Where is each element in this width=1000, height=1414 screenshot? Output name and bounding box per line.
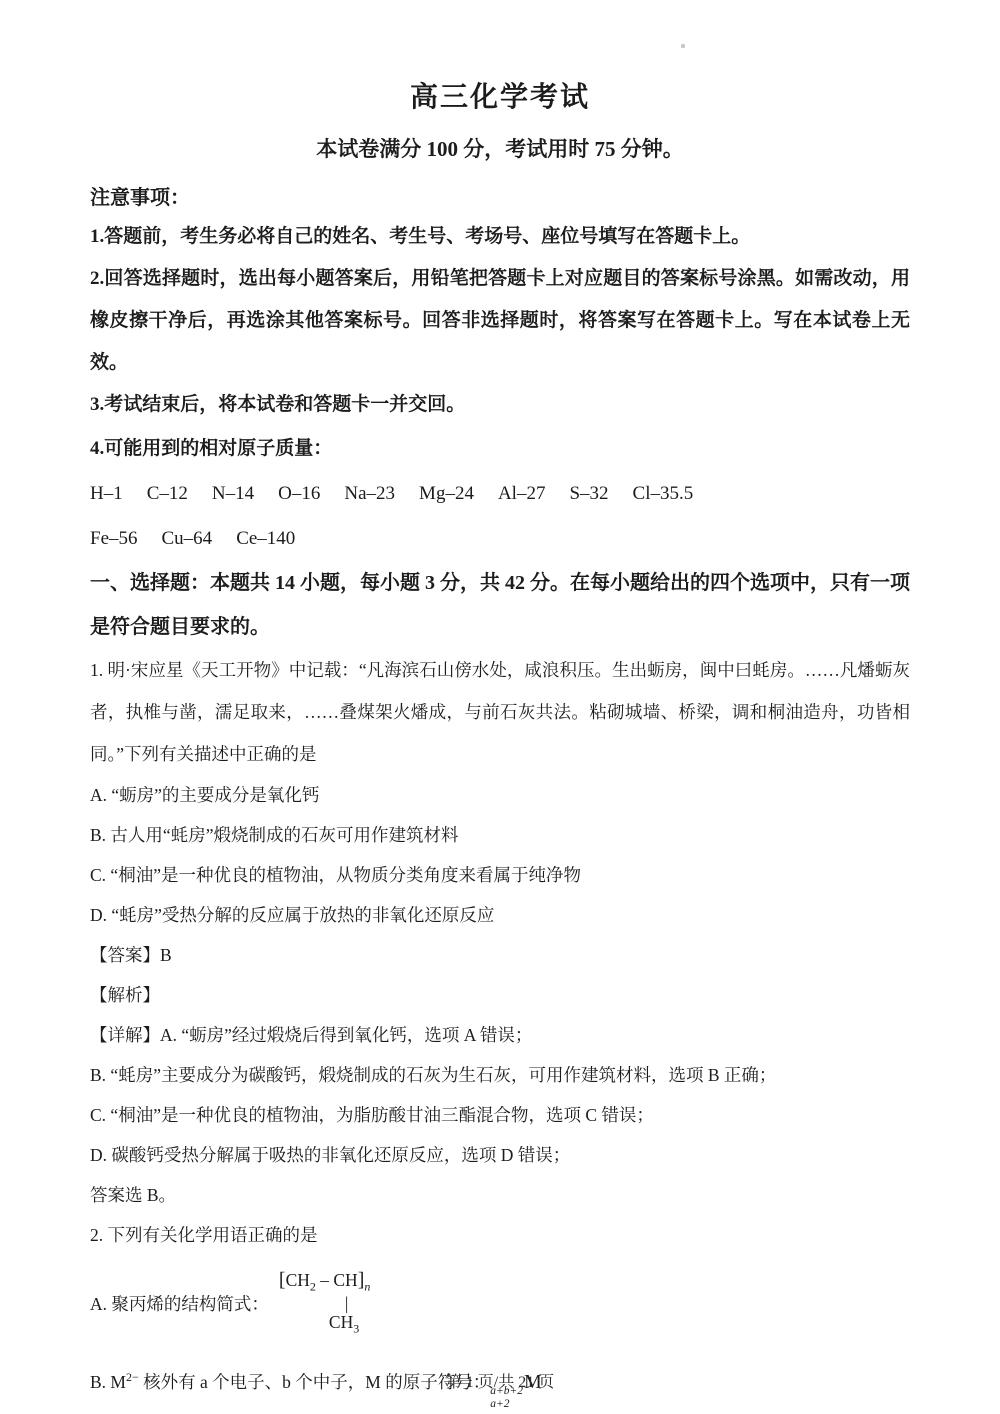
- atomic-mass-c: C–12: [147, 483, 188, 504]
- polymer-sub-n: n: [364, 1280, 370, 1294]
- polymer-open-bracket: [: [279, 1269, 286, 1291]
- atomic-mass-cu: Cu–64: [162, 528, 213, 549]
- question-1-detail-a: 【详解】A. “蛎房”经过煅烧后得到氧化钙，选项 A 错误；: [90, 1015, 910, 1055]
- atomic-mass-fe: Fe–56: [90, 528, 138, 549]
- exam-page: 高三化学考试 本试卷满分 100 分，考试用时 75 分钟。 注意事项： 1.答…: [0, 0, 1000, 1414]
- scan-artifact-dot: [681, 44, 685, 48]
- polymer-ch: CH: [333, 1270, 357, 1290]
- atomic-mass-s: S–32: [569, 483, 608, 504]
- notice-heading: 注意事项：: [90, 180, 910, 216]
- atomic-mass-o: O–16: [278, 483, 320, 504]
- question-1-detail-b: B. “蚝房”主要成分为碳酸钙，煅烧制成的石灰为生石灰，可用作建筑材料，选项 B…: [90, 1055, 910, 1095]
- atomic-mass-mg: Mg–24: [419, 483, 474, 504]
- question-1-stem: 1. 明·宋应星《天工开物》中记载：“凡海滨石山傍水处，咸浪积压。生出蛎房，闽中…: [90, 649, 910, 775]
- polymer-ch3: CH: [329, 1312, 353, 1332]
- polymer-vertical-bond: |: [279, 1295, 370, 1313]
- notice-item-3: 3.考试结束后，将本试卷和答题卡一并交回。: [90, 384, 910, 426]
- question-2-option-a: A. 聚丙烯的结构简式： [CH2 – CH]n | CH3: [90, 1261, 910, 1345]
- page-title: 高三化学考试: [90, 78, 910, 118]
- question-1-option-b: B. 古人用“蚝房”煅烧制成的石灰可用作建筑材料: [90, 815, 910, 855]
- polymer-ch2: CH: [286, 1270, 310, 1290]
- polymer-ch3-sub: 3: [353, 1322, 359, 1336]
- page-footer: 第 1 页/共 21 页: [0, 1369, 1000, 1392]
- exam-subtitle: 本试卷满分 100 分，考试用时 75 分钟。: [90, 132, 910, 166]
- question-1-answer-select: 答案选 B。: [90, 1175, 910, 1215]
- polymer-top-row: [CH2 – CH]n: [279, 1269, 370, 1294]
- question-2-option-a-label: A. 聚丙烯的结构简式：: [90, 1291, 269, 1316]
- question-1-analysis-label: 【解析】: [90, 975, 910, 1015]
- polypropylene-structure: [CH2 – CH]n | CH3: [279, 1269, 370, 1336]
- atomic-mass-cl: Cl–35.5: [633, 483, 694, 504]
- atomic-mass-block: 4.可能用到的相对原子质量： H–1C–12N–14O–16Na–23Mg–24…: [90, 426, 910, 561]
- polymer-ch3-row: CH3: [279, 1312, 370, 1336]
- question-1-answer: 【答案】B: [90, 935, 910, 975]
- section-heading: 一、选择题：本题共 14 小题，每小题 3 分，共 42 分。在每小题给出的四个…: [90, 561, 910, 649]
- nuclide-atomic-number: a+2: [490, 1398, 523, 1411]
- atomic-mass-h: H–1: [90, 483, 123, 504]
- atomic-mass-al: Al–27: [498, 483, 546, 504]
- question-1-option-c: C. “桐油”是一种优良的植物油，从物质分类角度来看属于纯净物: [90, 855, 910, 895]
- question-1-option-d: D. “蚝房”受热分解的反应属于放热的非氧化还原反应: [90, 895, 910, 935]
- atomic-mass-label: 4.可能用到的相对原子质量：: [90, 438, 332, 459]
- notice-item-1: 1.答题前，考生务必将自己的姓名、考生号、考场号、座位号填写在答题卡上。: [90, 216, 910, 258]
- atomic-mass-na: Na–23: [344, 483, 395, 504]
- atomic-mass-ce: Ce–140: [236, 528, 295, 549]
- atomic-mass-n: N–14: [212, 483, 254, 504]
- question-1-detail-c: C. “桐油”是一种优良的植物油，为脂肪酸甘油三酯混合物，选项 C 错误；: [90, 1095, 910, 1135]
- polymer-bond-dash: –: [316, 1270, 334, 1290]
- question-1-detail-d: D. 碳酸钙受热分解属于吸热的非氧化还原反应，选项 D 错误；: [90, 1135, 910, 1175]
- question-2-stem: 2. 下列有关化学用语正确的是: [90, 1215, 910, 1255]
- notice-item-2: 2.回答选择题时，选出每小题答案后，用铅笔把答题卡上对应题目的答案标号涂黑。如需…: [90, 258, 910, 384]
- question-1-option-a: A. “蛎房”的主要成分是氧化钙: [90, 775, 910, 815]
